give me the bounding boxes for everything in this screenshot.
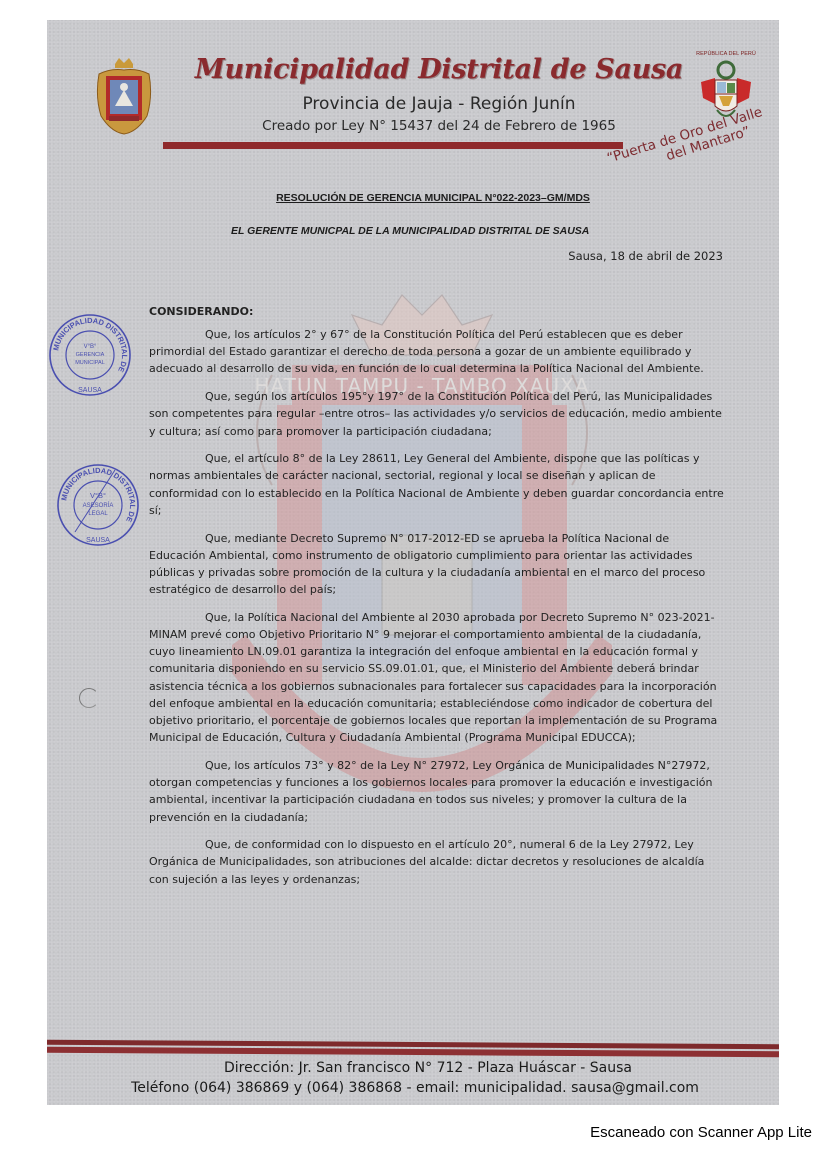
header-divider	[163, 142, 623, 149]
stamp-gerencia-municipal: MUNICIPALIDAD DISTRITAL DE SAUSA V°B° GE…	[47, 312, 133, 398]
creation-law: Creado por Ley N° 15437 del 24 de Febrer…	[179, 118, 699, 134]
svg-text:SAUSA: SAUSA	[86, 537, 110, 544]
municipality-title: Municipalidad Distrital de Sausa	[179, 54, 699, 85]
paragraph: Que, la Política Nacional del Ambiente a…	[149, 609, 725, 747]
footer-address: Dirección: Jr. San francisco N° 712 - Pl…	[47, 1060, 779, 1076]
footer-contact: Teléfono (064) 386869 y (064) 386868 - e…	[47, 1080, 779, 1096]
paragraph: Que, de conformidad con lo dispuesto en …	[149, 836, 725, 888]
paragraph: Que, los artículos 2° y 67° de la Consti…	[149, 326, 725, 378]
svg-text:SAUSA: SAUSA	[78, 387, 102, 394]
svg-text:LEGAL: LEGAL	[88, 511, 108, 517]
hole-punch-mark	[79, 688, 99, 708]
svg-text:MUNICIPAL: MUNICIPAL	[75, 360, 105, 366]
section-heading: CONSIDERANDO:	[149, 305, 253, 318]
scanner-watermark: Escaneado con Scanner App Lite	[590, 1124, 812, 1141]
issuer: EL GERENTE MUNICPAL DE LA MUNICIPALIDAD …	[231, 225, 711, 237]
resolution-title: RESOLUCIÓN DE GERENCIA MUNICIPAL N°022-2…	[47, 192, 779, 204]
svg-text:V°B°: V°B°	[84, 344, 97, 350]
paragraph: Que, mediante Decreto Supremo N° 017-201…	[149, 530, 725, 599]
paragraph: Que, el artículo 8° de la Ley 28611, Ley…	[149, 450, 725, 519]
stamp-asesoria-legal: MUNICIPALIDAD DISTRITAL DE SAUSA V°B° AS…	[55, 462, 141, 548]
paragraph: Que, según los artículos 195°y 197° de l…	[149, 388, 725, 440]
document-date: Sausa, 18 de abril de 2023	[568, 249, 723, 263]
considerations-body: Que, los artículos 2° y 67° de la Consti…	[149, 326, 725, 898]
municipal-shield-logo	[93, 56, 155, 136]
paragraph: Que, los artículos 73° y 82° de la Ley N…	[149, 757, 725, 826]
svg-text:GERENCIA: GERENCIA	[76, 352, 105, 358]
scanned-page: REPÚBLICA DEL PERÚ Municipalidad Distrit…	[47, 20, 779, 1105]
svg-text:REPÚBLICA DEL PERÚ: REPÚBLICA DEL PERÚ	[696, 50, 756, 57]
svg-text:ASESORÍA: ASESORÍA	[83, 502, 114, 509]
province-region: Provincia de Jauja - Región Junín	[179, 94, 699, 114]
